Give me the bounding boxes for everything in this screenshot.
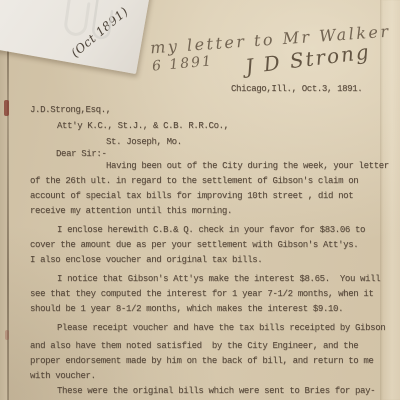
binding-red-mark — [4, 100, 9, 116]
letter-page: my letter to Mr Walker 6 1891 J D Strong… — [0, 0, 400, 400]
typed-line: receive my attention until this morning. — [30, 204, 390, 219]
typed-line: I also enclose voucher and original tax … — [30, 253, 390, 268]
binding-edge-line — [7, 0, 9, 400]
recipient-line: J.D.Strong,Esq., — [30, 102, 229, 118]
typed-line: should be 1 year 8-1/2 months, which mak… — [30, 302, 390, 317]
recipient-block: J.D.Strong,Esq.,Att'y K.C., St.J., & C.B… — [30, 102, 229, 150]
typed-line: with voucher. — [30, 369, 390, 384]
typed-line: of the 26th ult. in regard to the settle… — [30, 174, 390, 189]
letter-body: Having been out of the City during the w… — [30, 159, 390, 399]
typed-line: account of special tax bills for improvi… — [30, 189, 390, 204]
typed-line: Having been out of the City during the w… — [30, 159, 390, 174]
typed-line: These were the original bills which were… — [30, 384, 390, 399]
binding-red-mark-faint — [5, 330, 9, 340]
recipient-line: Att'y K.C., St.J., & C.B. R.R.Co., — [30, 118, 229, 134]
typed-line: Please receipt voucher and have the tax … — [30, 321, 390, 336]
typed-line: cover the amount due as per your settlem… — [30, 238, 390, 253]
salutation: Dear Sir:- — [56, 149, 107, 159]
typed-line: and also have them noted satisfied by th… — [30, 339, 390, 354]
typed-line: proper endorsement made by him on the ba… — [30, 354, 390, 369]
recipient-line: St. Joseph, Mo. — [30, 134, 229, 150]
typed-line: I notice that Gibson's Att'ys make the i… — [30, 272, 390, 287]
dateline: Chicago,Ill., Oct.3, 1891. — [231, 84, 362, 94]
paperclip-icon — [52, 0, 123, 56]
typed-line: see that they computed the interest for … — [30, 287, 390, 302]
typed-line: I enclose herewith C.B.& Q. check in you… — [30, 223, 390, 238]
